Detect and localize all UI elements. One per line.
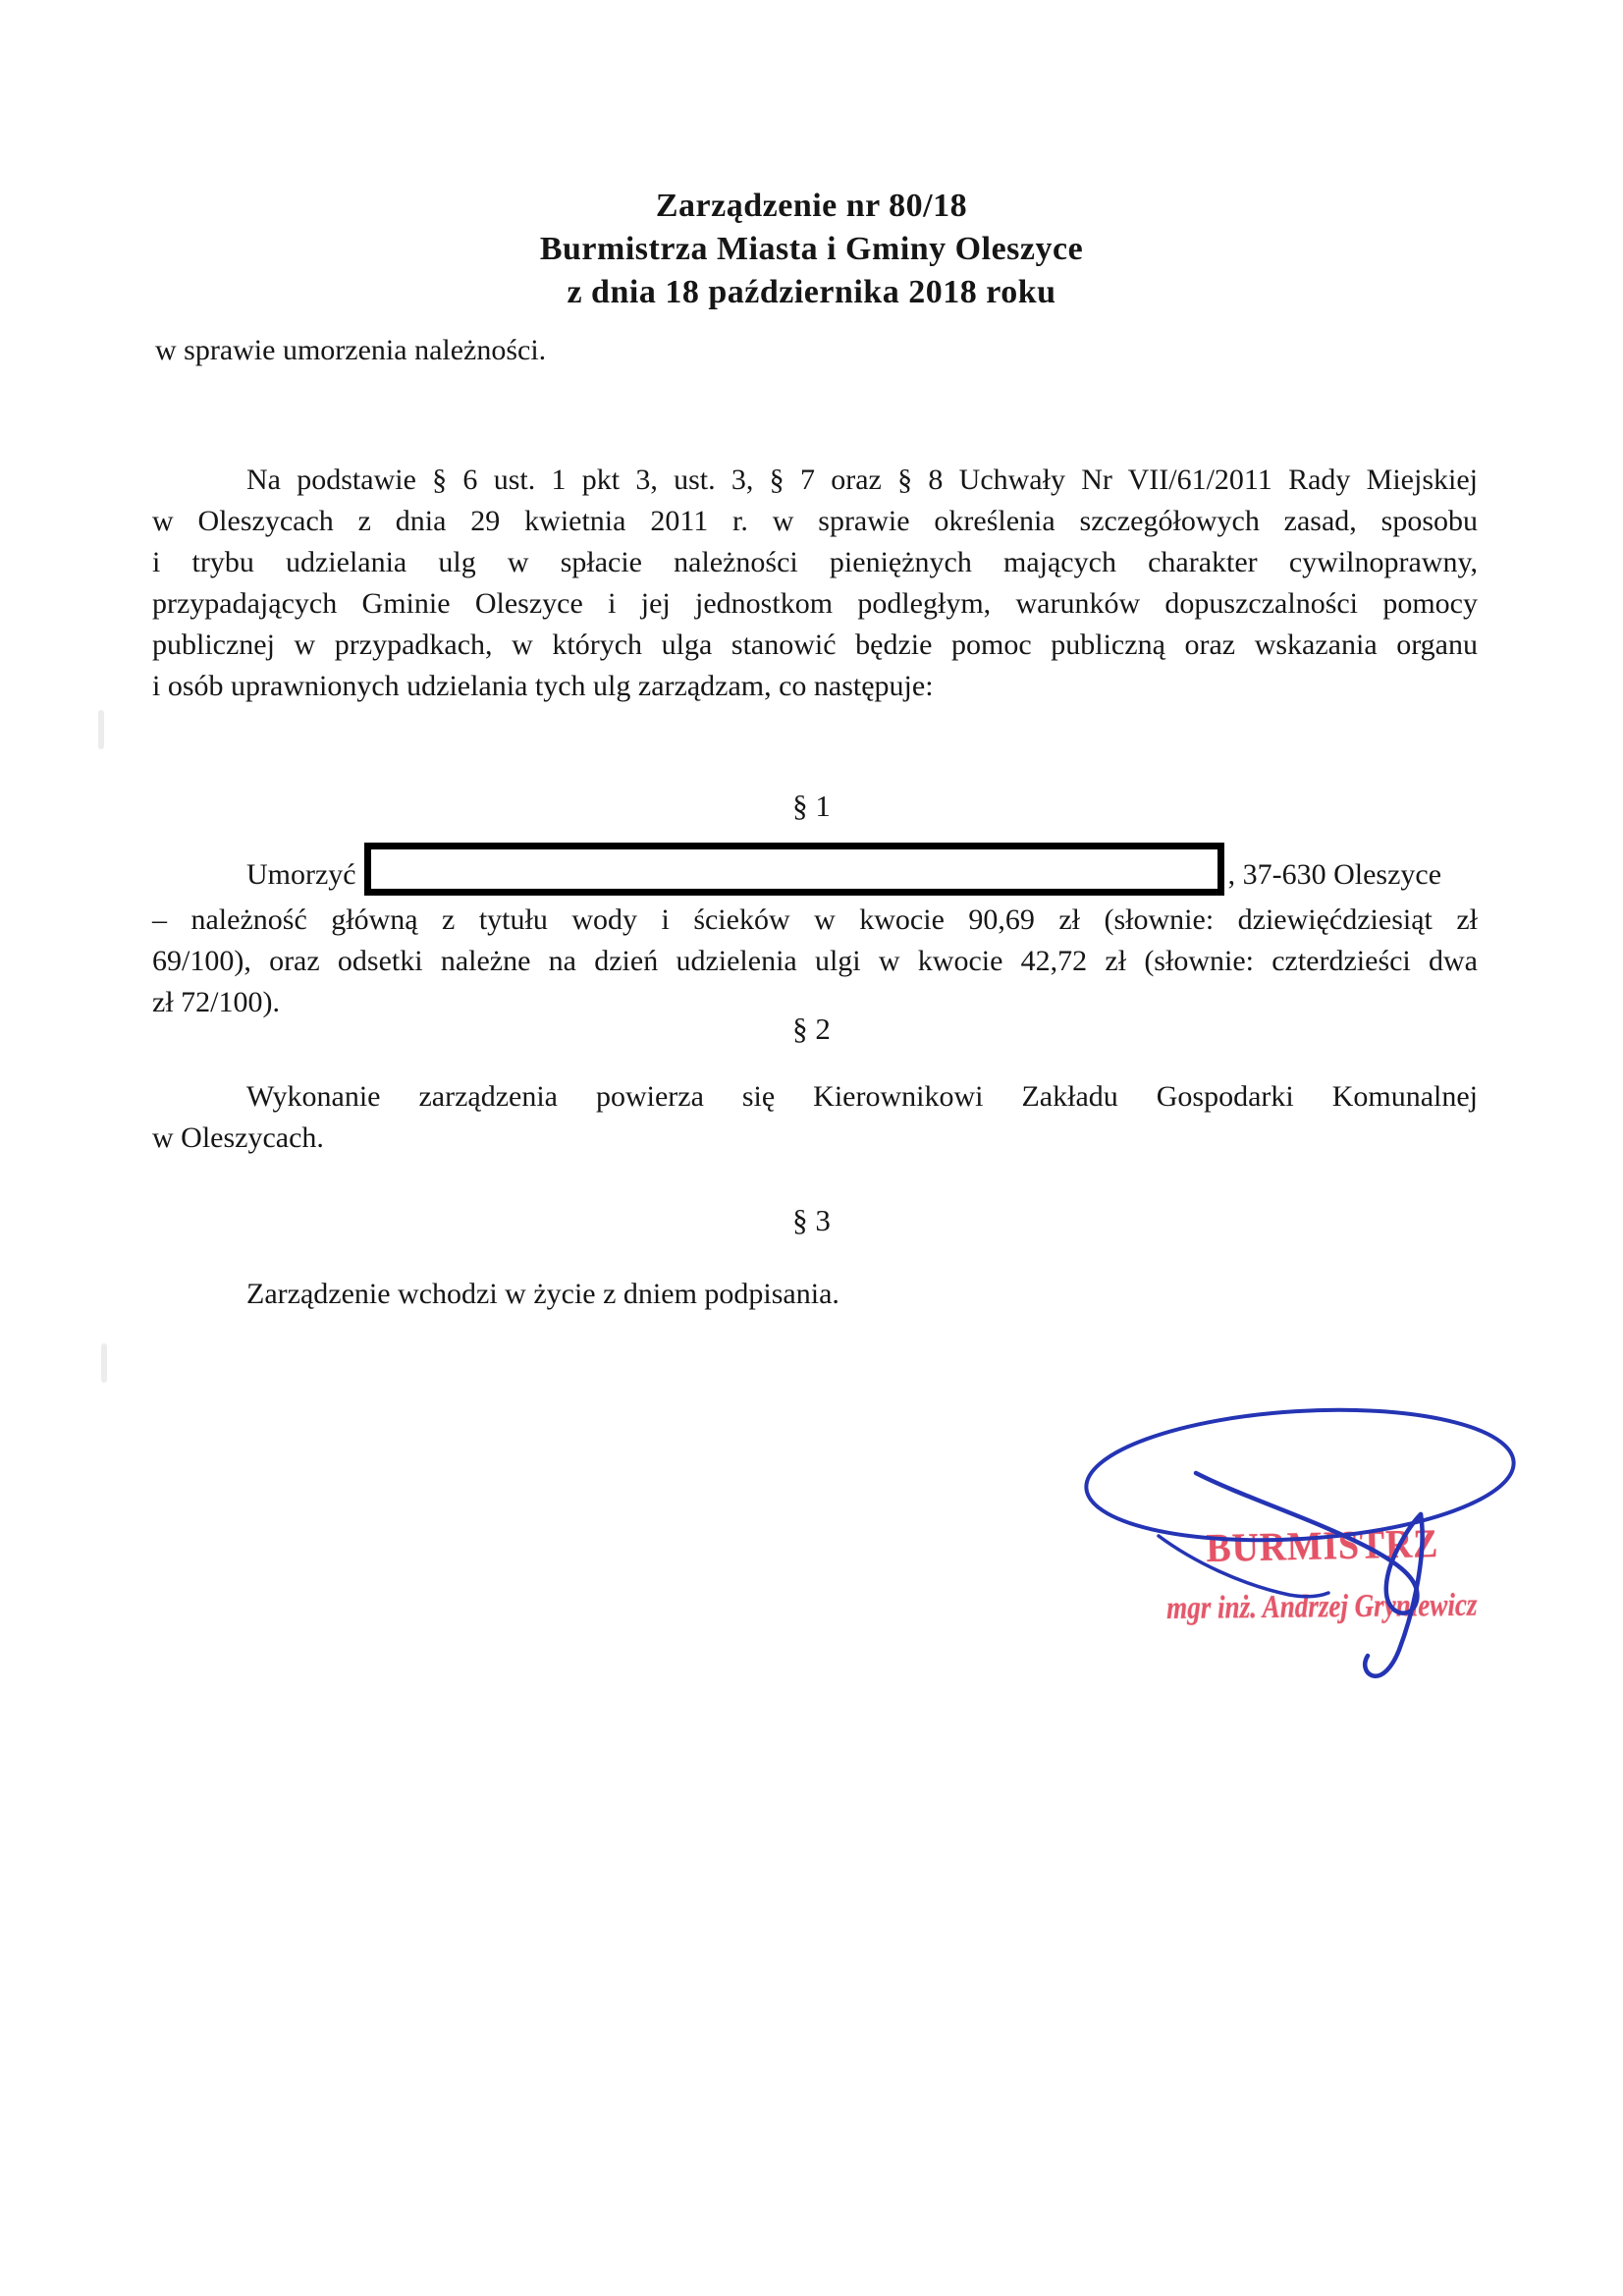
redacted-beneficiary-line: Umorzyć , 37-630 Oleszyce [152, 837, 1478, 896]
scan-artifact [101, 1343, 107, 1383]
preamble-line: przypadających Gminie Oleszyce i jej jed… [152, 583, 1478, 625]
section-1-line: 69/100), oraz odsetki należne na dzień u… [152, 941, 1478, 982]
scan-artifact [98, 710, 104, 749]
section-3-line: Zarządzenie wchodzi w życie z dniem podp… [152, 1274, 1478, 1315]
section-1-heading: § 1 [0, 789, 1623, 824]
umorzyc-label: Umorzyć [152, 854, 356, 896]
section-1-body: Umorzyć , 37-630 Oleszyce – należność gł… [152, 837, 1478, 1023]
preamble-line: i osób uprawnionych udzielania tych ulg … [152, 666, 1478, 707]
redaction-box [364, 843, 1224, 896]
section-3-heading: § 3 [0, 1203, 1623, 1238]
section-2-line: Wykonanie zarządzenia powierza się Kiero… [152, 1076, 1478, 1118]
subject-line: w sprawie umorzenia należności. [155, 334, 546, 367]
signature-ink-icon [1065, 1393, 1556, 1697]
postal-code-text: , 37-630 Oleszyce [1228, 854, 1441, 896]
document-title-line-1: Zarządzenie nr 80/18 [0, 185, 1623, 228]
section-2-line: w Oleszycach. [152, 1118, 1478, 1159]
document-title-line-2: Burmistrza Miasta i Gminy Oleszyce [0, 228, 1623, 271]
document-title: Zarządzenie nr 80/18 Burmistrza Miasta i… [0, 185, 1623, 314]
section-2-heading: § 2 [0, 1011, 1623, 1047]
preamble-line: w Oleszycach z dnia 29 kwietnia 2011 r. … [152, 501, 1478, 542]
preamble-line: publicznej w przypadkach, w których ulga… [152, 625, 1478, 666]
preamble-line: Na podstawie § 6 ust. 1 pkt 3, ust. 3, §… [152, 460, 1478, 501]
scanned-document-page: Zarządzenie nr 80/18 Burmistrza Miasta i… [0, 0, 1623, 2296]
document-title-line-3: z dnia 18 października 2018 roku [0, 271, 1623, 314]
preamble-paragraph: Na podstawie § 6 ust. 1 pkt 3, ust. 3, §… [152, 460, 1478, 707]
section-1-line: – należność główną z tytułu wody i ściek… [152, 900, 1478, 941]
handwritten-signature [1065, 1393, 1556, 1697]
section-2-body: Wykonanie zarządzenia powierza się Kiero… [152, 1076, 1478, 1159]
preamble-line: i trybu udzielania ulg w spłacie należno… [152, 542, 1478, 583]
section-3-body: Zarządzenie wchodzi w życie z dniem podp… [152, 1274, 1478, 1315]
